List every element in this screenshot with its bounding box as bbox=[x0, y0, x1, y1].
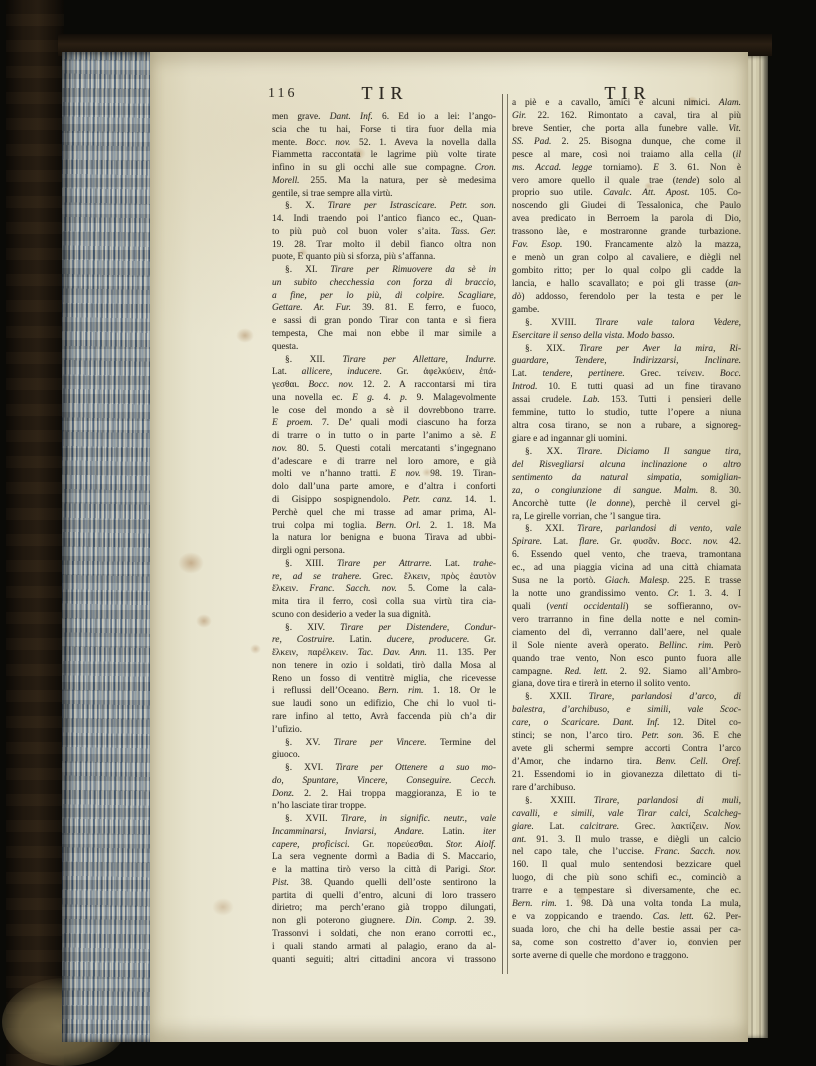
text-line: noscendo gli Giudei di Tessalonica, che … bbox=[512, 200, 741, 213]
text-line: avete gli schermi sempre accorti Contra … bbox=[512, 743, 741, 756]
page-edges-right bbox=[748, 56, 768, 1038]
text-line: di Gisippo sospignendolo. Petr. canz. 14… bbox=[272, 494, 496, 507]
text-line: §. XIV. Tirare per Distendere, Condur- bbox=[272, 622, 496, 635]
text-line: a fine, per lo più, di colpire. Scagliar… bbox=[272, 290, 496, 303]
text-line: del Risvegliarsi alcuna inclinazione o a… bbox=[512, 459, 741, 472]
text-line: Bern. rim. 1. 98. Dà una volta tonda La … bbox=[512, 898, 741, 911]
text-line: ec., ad una piaggia vicina ad una città … bbox=[512, 562, 741, 575]
text-line: pesce al mare, così noi traiamo alla cel… bbox=[512, 149, 741, 162]
text-line: vero amore quello il quale trae (tende) … bbox=[512, 175, 741, 188]
book-page: 116 TIR TIR men grave. Dant. Inf. 6. Ed … bbox=[150, 52, 748, 1042]
text-line: d’Amor, che indarno tira. Benv. Cell. Or… bbox=[512, 756, 741, 769]
text-line: to più può col buon voler s’aita. Tass. … bbox=[272, 226, 496, 239]
text-line: campagne. Red. lett. 2. 92. Siamo all’Am… bbox=[512, 666, 741, 679]
text-line: stinci; se non, l’arco tiro. Petr. son. … bbox=[512, 730, 741, 743]
spine-texture bbox=[6, 0, 64, 1066]
text-line: capere, proficisci. Gr. πορεύεσθαι. Stor… bbox=[272, 839, 496, 852]
text-line: ἕλκειν. Franc. Sacch. nov. 5. Come la ca… bbox=[272, 583, 496, 596]
text-line: §. XXIII. Tirare, parlandosi di muli, bbox=[512, 795, 741, 808]
text-line: e la mattina tirò verso la città di Pari… bbox=[272, 864, 496, 877]
text-line: infino in su gli occhi alle sue compagne… bbox=[272, 162, 496, 175]
text-line: Perchè quel che mi trasse ad amar prima,… bbox=[272, 507, 496, 520]
text-line: ms. Accad. legge torniamo). E 3. 61. Non… bbox=[512, 162, 741, 175]
text-line: dò) addosso, ferendolo per la testa e pe… bbox=[512, 291, 741, 304]
text-line: do, Spuntare, Vincere, Conseguire. Cecch… bbox=[272, 775, 496, 788]
text-line: Introd. 10. E tutti quasi ad un fine tir… bbox=[512, 381, 741, 394]
foxing-spot bbox=[250, 644, 261, 654]
running-title-left: TIR bbox=[310, 83, 460, 104]
text-line: trassono làe, e mostraronne grande turba… bbox=[512, 226, 741, 239]
text-line: il Sole niente averà operato. Bellinc. r… bbox=[512, 640, 741, 653]
text-line: dirgli ogni persona. bbox=[272, 545, 496, 558]
text-line: men grave. Dant. Inf. 6. Ed io a lei: l’… bbox=[272, 111, 496, 124]
text-line: Gir. 22. 162. Rimontato a caval, tira al… bbox=[512, 110, 741, 123]
text-line: 160. Il qual mulo sentendosi bezzicare q… bbox=[512, 859, 741, 872]
text-line: E proem. 7. De’ quali modi ciascuno ha f… bbox=[272, 417, 496, 430]
text-line: non gli poterono giugnere. Din. Comp. 2.… bbox=[272, 915, 496, 928]
text-line: l’ufizio. bbox=[272, 724, 496, 737]
text-line: Lat. allicere, inducere. Gr. ἀφελκύειν, … bbox=[272, 366, 496, 379]
text-line: ant. 91. 3. Il mulo trasse, e diègli un … bbox=[512, 834, 741, 847]
text-line: re, Costruire. Latin. ducere, producere.… bbox=[272, 634, 496, 647]
text-line: Fiammetta raccontata le lagrime più volt… bbox=[272, 149, 496, 162]
text-line: femmine, tutto lo studio, tutte l’opere … bbox=[512, 407, 741, 420]
text-line: nel capo tale, che l’uccise. Franc. Sacc… bbox=[512, 846, 741, 859]
text-line: lancia, e hallo scavallato; e poi gli tr… bbox=[512, 278, 741, 291]
text-line: le cose del mondo a sè il dovrebbono tra… bbox=[272, 405, 496, 418]
text-line: la natura lor benigna e buona Tirava ad … bbox=[272, 532, 496, 545]
text-line: mita tira il ferro, così colla sua virtù… bbox=[272, 596, 496, 609]
text-line: §. XXII. Tirare, parlandosi d’arco, di bbox=[512, 691, 741, 704]
text-line: §. XVIII. Tirare vale talora Vedere, bbox=[512, 317, 741, 330]
text-line: Ancorchè tutte (le donne), perchè il cer… bbox=[512, 498, 741, 511]
text-line: Esercitare il senso della vista. Modo ba… bbox=[512, 330, 741, 343]
text-line: Pist. 38. Quando quelli dell’oste sentir… bbox=[272, 877, 496, 890]
text-line: scuno con desiderio a veder la sua digni… bbox=[272, 609, 496, 622]
text-line: 21. Essendomi io in giovanezza dilettato… bbox=[512, 769, 741, 782]
text-line: d’adescare e di trarre nel loro amore, e… bbox=[272, 456, 496, 469]
text-line: sa, come son costretto d’aver io, convie… bbox=[512, 937, 741, 950]
text-line: altra cosa tirano, se non a rubare, a si… bbox=[512, 420, 741, 433]
text-line: §. XII. Tirare per Allettare, Indurre. bbox=[272, 354, 496, 367]
text-line: gambe. bbox=[512, 304, 741, 317]
text-line: ciamento del dì, verranno dall’aere, nel… bbox=[512, 627, 741, 640]
text-line: e sassi di gran pondo Tirar con tanta e … bbox=[272, 315, 496, 328]
text-line: Fav. Esop. 190. Francamente alzò la mazz… bbox=[512, 239, 741, 252]
text-line: §. XIX. Tirare per Aver la mira, Ri- bbox=[512, 343, 741, 356]
column-divider-rule bbox=[502, 94, 508, 974]
text-line: sue laudi sono un edifizio, Che chi lo v… bbox=[272, 698, 496, 711]
text-line: gombito ritto; per lo qual colpo gli cad… bbox=[512, 265, 741, 278]
foxing-spot bbox=[236, 328, 254, 343]
text-line: guardare, Tendere, Indirizzarsi, Inclina… bbox=[512, 355, 741, 368]
text-line: sentimento da natural simpatia, somiglia… bbox=[512, 472, 741, 485]
text-line: giuoco. bbox=[272, 749, 496, 762]
text-line: trui colpa mi toglia. Bern. Orl. 2. 1. 1… bbox=[272, 520, 496, 533]
text-line: vero trarranno in fine della notte e nel… bbox=[512, 614, 741, 627]
text-line: Incamminarsi, Inviarsi, Andare. Latin. i… bbox=[272, 826, 496, 839]
text-line: §. X. Tirare per Istrascicare. Petr. son… bbox=[272, 200, 496, 213]
text-line: a piè e a cavallo, amici e alcuni nimici… bbox=[512, 97, 741, 110]
text-line: 19. 28. Trar molto il debil fianco oltra… bbox=[272, 239, 496, 252]
text-line: Donz. 2. 2. Hai troppa maggioranza, E io… bbox=[272, 788, 496, 801]
text-line: Susa ne la portò. Giach. Malesp. 225. E … bbox=[512, 575, 741, 588]
text-line: §. XVII. Tirare, in signific. neutr., va… bbox=[272, 813, 496, 826]
foxing-spot bbox=[212, 898, 234, 916]
text-line: giana, dove tira e tirerà in eterno il s… bbox=[512, 678, 741, 691]
text-line: e va zoppicando e traendo. Cas. lett. 62… bbox=[512, 911, 741, 924]
text-line: §. XIII. Tirare per Attrarre. Lat. trahe… bbox=[272, 558, 496, 571]
text-line: giare. Lat. calcitrare. Grec. λακτίζειν.… bbox=[512, 821, 741, 834]
text-line: suada loro, che chi ha delle bestie assa… bbox=[512, 924, 741, 937]
text-line: la notte uno grandissimo vento. Cr. 1. 3… bbox=[512, 588, 741, 601]
text-line: molti ve n’hanno tratti. E nov. 98. 19. … bbox=[272, 468, 496, 481]
text-line: quanti seguiti; altri cittadini ancora v… bbox=[272, 954, 496, 967]
text-line: di trarre o in tutto o in parte l’animo … bbox=[272, 430, 496, 443]
text-line: ἕλκειν, παρέλκειν. Tac. Dav. Ann. 11. 13… bbox=[272, 647, 496, 660]
text-line: rare infino al tetto, Avrà faccenda più … bbox=[272, 711, 496, 724]
text-line: rare d’archibuso. bbox=[512, 782, 741, 795]
text-line: puote, E quanto più si sforza, più s’aff… bbox=[272, 251, 496, 264]
text-line: giare e ad ingannar gli uomini. bbox=[512, 433, 741, 446]
text-line: nov. 80. 5. Questi cotali mercatanti s’i… bbox=[272, 443, 496, 456]
text-line: cavalli, e simili, vale Tirar calci, Sca… bbox=[512, 808, 741, 821]
text-line: quali (venti occidentali) se soffieranno… bbox=[512, 601, 741, 614]
text-line: §. XI. Tirare per Rimuovere da sè in bbox=[272, 264, 496, 277]
text-column-left: men grave. Dant. Inf. 6. Ed io a lei: l’… bbox=[272, 111, 496, 966]
text-line: e menò un gran colpo al cavaliere, e diè… bbox=[512, 252, 741, 265]
text-line: tempesta, Che mai non ebbe il mar simile… bbox=[272, 328, 496, 341]
text-line: SS. Pad. 2. 25. Bisogna dunque, che come… bbox=[512, 136, 741, 149]
text-line: questa. bbox=[272, 341, 496, 354]
text-line: γεσθαι. Bocc. nov. 12. 2. A raccontarsi … bbox=[272, 379, 496, 392]
text-line: dirietro; ma perch’erano già troppo dilu… bbox=[272, 902, 496, 915]
text-line: §. XVI. Tirare per Ottenere a suo mo- bbox=[272, 762, 496, 775]
text-line: partita di quelli d’entro, alcuni di lor… bbox=[272, 890, 496, 903]
text-line: scia che tu hai, Forse ti tira fuor dell… bbox=[272, 124, 496, 137]
text-line: balestra, d’archibuso, e simili, vale Sc… bbox=[512, 704, 741, 717]
text-line: assai crudele. Lab. 153. Tutti i pensier… bbox=[512, 394, 741, 407]
text-line: sorte averne di quelle che mordono e tra… bbox=[512, 950, 741, 963]
text-line: Trassonvi i soldati, che non erano corro… bbox=[272, 928, 496, 941]
text-line: §. XV. Tirare per Vincere. Termine del bbox=[272, 737, 496, 750]
text-line: La sera vegnente dormì a Badia di S. Mac… bbox=[272, 851, 496, 864]
text-line: quando trae vento, Non esco punto fuora … bbox=[512, 653, 741, 666]
text-line: Lat. tendere, pertinere. Grec. τείνειν. … bbox=[512, 368, 741, 381]
page-number: 116 bbox=[268, 86, 297, 102]
text-line: proprio suo utile. Cavalc. Att. Apost. 1… bbox=[512, 187, 741, 200]
text-line: gentile, si trae sempre alla virtù. bbox=[272, 188, 496, 201]
foxing-spot bbox=[178, 552, 204, 574]
text-line: Reno un fosso di ventitrè miglia, che ri… bbox=[272, 673, 496, 686]
text-line: mente. Bocc. nov. 52. 1. Aveva la novell… bbox=[272, 137, 496, 150]
text-line: re, ad se trahere. Grec. ἕλκειν, πρὸς ἑα… bbox=[272, 571, 496, 584]
text-line: 14. Indi traendo poi l’antico fianco ec.… bbox=[272, 213, 496, 226]
text-line: avea predicato in Berroem la parola di D… bbox=[512, 213, 741, 226]
text-line: n’ho lasciate tirar troppe. bbox=[272, 800, 496, 813]
text-line: ra, Le girelle vorrian, che ’l sangue ti… bbox=[512, 511, 741, 524]
text-line: i quali stando armati al palagio, erano … bbox=[272, 941, 496, 954]
text-line: i reflussi dell’Oceano. Bern. rim. 1. 18… bbox=[272, 685, 496, 698]
text-line: non tenere in ozio i soldati, tirò dalla… bbox=[272, 660, 496, 673]
foxing-spot bbox=[196, 614, 212, 628]
text-line: §. XXI. Tirare, parlandosi di vento, val… bbox=[512, 523, 741, 536]
text-line: un subito checchessia con forza di bracc… bbox=[272, 277, 496, 290]
text-line: care, o Scaricare. Dant. Inf. 12. Ditel … bbox=[512, 717, 741, 730]
text-line: Spirare. Lat. flare. Gr. φυσᾶν. Bocc. no… bbox=[512, 536, 741, 549]
text-line: trarre e a tempestare sì diversamente, c… bbox=[512, 885, 741, 898]
text-line: una novella ec. E g. 4. p. 9. Malagevolm… bbox=[272, 392, 496, 405]
text-line: 6. Essendo quel vento, che traeva, tramo… bbox=[512, 549, 741, 562]
text-line: Gettare. Ar. Fur. 39. 81. E ferro, e fuo… bbox=[272, 302, 496, 315]
text-line: §. XX. Tirare. Diciamo Il sangue tira, bbox=[512, 446, 741, 459]
text-line: breve Sentier, che porta alla funebre va… bbox=[512, 123, 741, 136]
text-line: luogo, di che più sono schifi ec., comin… bbox=[512, 872, 741, 885]
book-scan-photo: 116 TIR TIR men grave. Dant. Inf. 6. Ed … bbox=[0, 0, 816, 1066]
text-column-right: a piè e a cavallo, amici e alcuni nimici… bbox=[512, 97, 741, 963]
text-line: Morell. 255. Ma la natura, per sè medesi… bbox=[272, 175, 496, 188]
text-line: dolo dall’una parte amore, e d’altra i c… bbox=[272, 481, 496, 494]
text-line: za, o congiunzione di sangue. Malm. 8. 3… bbox=[512, 485, 741, 498]
